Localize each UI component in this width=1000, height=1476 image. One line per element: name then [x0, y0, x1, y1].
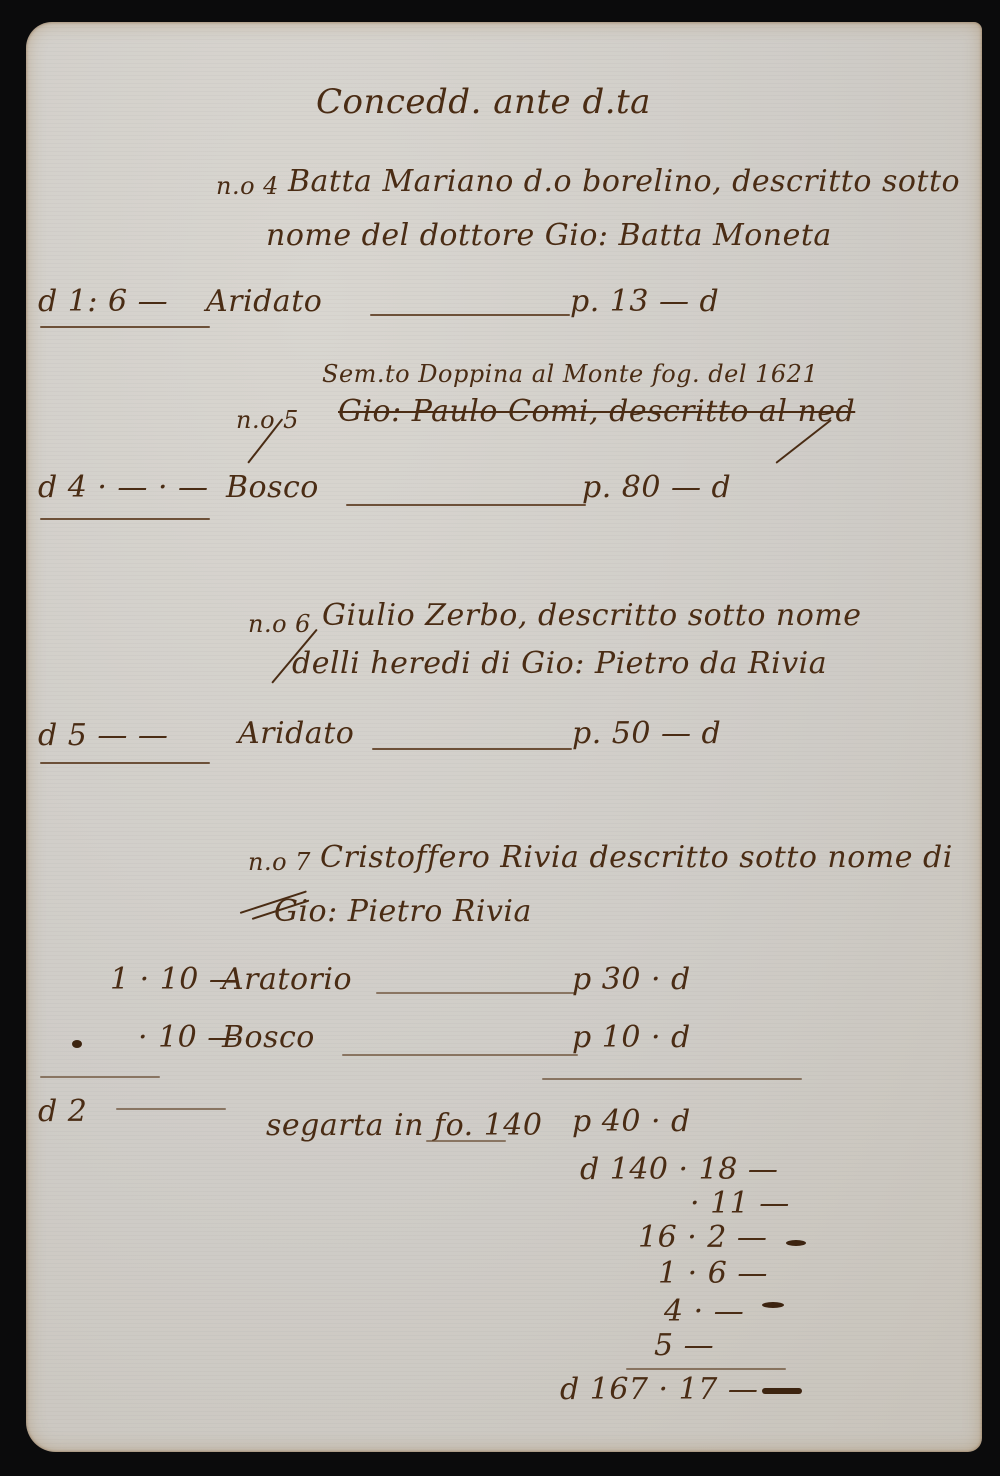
margin-value: 1 · 10 — [110, 962, 239, 997]
entry-text-line: Gio: Pietro Rivia [274, 894, 532, 929]
ink-blot [72, 1040, 82, 1048]
amount-value: p 10 · d [572, 1020, 691, 1055]
item-label: Aridato [206, 284, 322, 319]
leader-line [370, 314, 570, 316]
leader-line [342, 1054, 578, 1056]
tally-line: 16 · 2 — [638, 1220, 767, 1255]
tally-line: d 140 · 18 — [580, 1152, 778, 1187]
ink-blot [786, 1240, 806, 1246]
item-label: Bosco [222, 1020, 315, 1055]
entry-text-line: Giulio Zerbo, descritto sotto nome [322, 598, 862, 633]
entry-text-line: delli heredi di Gio: Pietro da Rivia [292, 646, 827, 681]
item-label: Aratorio [222, 962, 352, 997]
leader-line [372, 748, 572, 750]
entry-number: n.o 4 [216, 172, 279, 200]
subtotal-amount: p 40 · d [572, 1104, 691, 1139]
subtotal-rule [542, 1078, 802, 1080]
margin-underline [40, 1076, 160, 1078]
leader-line [346, 504, 586, 506]
tally-line: 4 · — [664, 1294, 744, 1329]
subtotal-margin: d 2 [38, 1094, 87, 1129]
tally-line: 5 — [654, 1328, 714, 1363]
leader-line [376, 992, 576, 994]
amount-value: p 30 · d [572, 962, 691, 997]
margin-underline [40, 518, 210, 520]
ink-blot [762, 1388, 802, 1394]
entry-text-line: Batta Mariano d.o borelino, descritto so… [288, 164, 960, 199]
item-label: Aridato [238, 716, 354, 751]
tally-total: d 167 · 17 — [560, 1372, 758, 1407]
margin-underline [116, 1108, 226, 1110]
margin-underline [40, 326, 210, 328]
subtotal-note: segarta in fo. 140 [266, 1108, 542, 1143]
manuscript-page: Concedd. ante d.ta n.o 4 Batta Mariano d… [26, 22, 982, 1452]
entry-number: n.o 6 [248, 610, 311, 638]
item-label: Bosco [226, 470, 319, 505]
ink-blot [762, 1302, 784, 1308]
entry-number: n.o 7 [248, 848, 311, 876]
entry-text-line: nome del dottore Gio: Batta Moneta [266, 218, 832, 253]
entry-annotation: Sem.to Doppina al Monte fog. del 1621 [322, 360, 818, 388]
margin-value: d 1: 6 — [38, 284, 168, 319]
amount-value: p. 13 — d [570, 284, 719, 319]
margin-value: d 4 · — · — [38, 470, 209, 505]
page-heading: Concedd. ante d.ta [316, 82, 651, 122]
total-rule [626, 1368, 786, 1370]
entry-text-line: Cristoffero Rivia descritto sotto nome d… [320, 840, 953, 875]
amount-value: p. 50 — d [572, 716, 721, 751]
note-underline [426, 1140, 506, 1142]
tally-line: 1 · 6 — [658, 1256, 768, 1291]
amount-value: p. 80 — d [582, 470, 731, 505]
entry-text-struck: Gio: Paulo Comi, descritto al ned [338, 394, 855, 429]
tally-line: · 11 — [690, 1186, 790, 1221]
margin-value: d 5 — — [38, 718, 168, 753]
margin-underline [40, 762, 210, 764]
entry-number: n.o 5 [236, 406, 299, 434]
